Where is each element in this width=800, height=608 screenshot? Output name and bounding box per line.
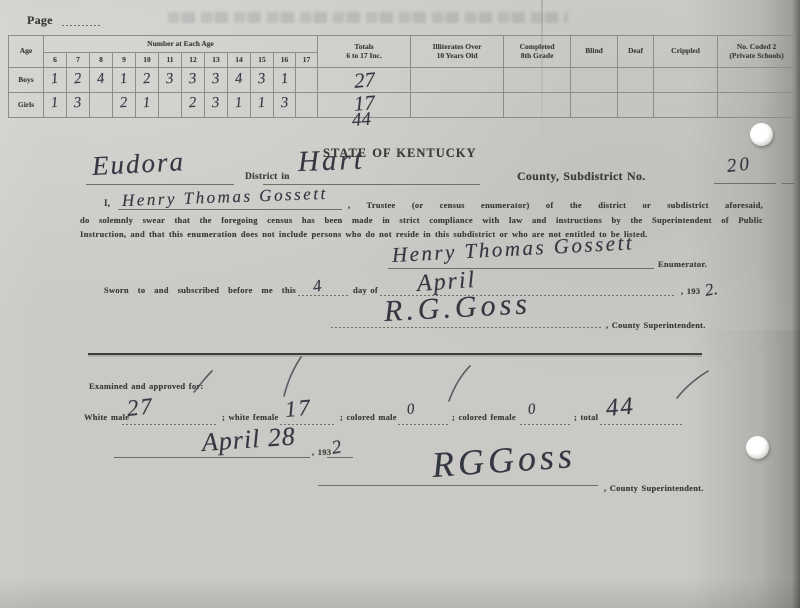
empty-cell [571, 93, 618, 118]
girls-label: Girls [9, 93, 44, 118]
oath-line2: do solemnly swear that the foregoing cen… [80, 215, 763, 225]
count-cell: 3 [182, 68, 205, 93]
sworn-day-handwritten: 4 [312, 276, 323, 297]
age-column-header: 13 [205, 53, 228, 68]
count-cell: 3 [205, 93, 228, 118]
count-cell: 4 [228, 68, 251, 93]
approval-year-printed: , 193 [312, 447, 331, 457]
blank-line [714, 183, 776, 184]
grand-total-handwritten: 44 [351, 109, 371, 132]
page-blank-line [62, 25, 100, 26]
count-cell: 3 [251, 68, 274, 93]
district-in-label: District in [245, 172, 290, 183]
superintendent-signature: R.G.Goss [383, 287, 532, 329]
count-cell: 3 [205, 68, 228, 93]
count-cell: 1 [44, 68, 67, 93]
count-cell: 4 [90, 68, 113, 93]
blank-line [398, 424, 450, 425]
handwritten-count: 2 [120, 94, 129, 112]
age-column-header: 14 [228, 53, 251, 68]
count-cell: 1 [136, 93, 159, 118]
count-cell [159, 93, 182, 118]
handwritten-count: 4 [234, 71, 243, 89]
age-column-header: 10 [136, 53, 159, 68]
age-column-header: 7 [67, 53, 90, 68]
count-cell: 2 [113, 93, 136, 118]
blank-line [327, 457, 353, 458]
count-cell [296, 93, 318, 118]
count-cell: 3 [67, 93, 90, 118]
handwritten-count: 3 [74, 94, 83, 112]
white-female-label: ; white female [222, 412, 278, 422]
enumerator-label: Enumerator. [658, 259, 707, 269]
completed-8th-header: Completed 8th Grade [504, 36, 571, 68]
count-cell: 1 [228, 93, 251, 118]
year-printed: , 193 [681, 286, 700, 296]
approval-date-handwritten: April 28 [201, 421, 297, 457]
totals-header: Totals 6 to 17 Inc. [318, 36, 411, 68]
handwritten-count: 4 [96, 71, 105, 89]
examined-approved-label: Examined and approved for: [89, 381, 203, 391]
handwritten-count: 3 [257, 71, 266, 89]
totals-header-line2: 6 to 17 Inc. [318, 52, 410, 61]
superintendent-signature-bottom: RGGoss [431, 434, 578, 486]
handwritten-total: 27 [353, 67, 376, 93]
sworn-statement-label: Sworn to and subscribed before me this [104, 285, 296, 295]
boys-row: Boys 1 2 4 1 2 3 3 3 4 3 1 27 [9, 68, 796, 93]
completed-8th-header-line2: 8th Grade [504, 52, 570, 61]
number-at-each-age-header: Number at Each Age [44, 36, 318, 53]
age-column-header: 15 [251, 53, 274, 68]
age-column-header: 6 [44, 53, 67, 68]
empty-cell [504, 93, 571, 118]
handwritten-count: 3 [211, 71, 220, 89]
colored-male-label: ; colored male [340, 412, 397, 422]
blank-line [600, 424, 684, 425]
count-cell: 2 [182, 93, 205, 118]
age-column-header: 8 [90, 53, 113, 68]
empty-cell [571, 68, 618, 93]
empty-cell [718, 93, 796, 118]
count-cell: 1 [274, 68, 296, 93]
boys-label: Boys [9, 68, 44, 93]
handwritten-count: 2 [73, 71, 82, 89]
blank-line [782, 183, 795, 184]
handwritten-count: 1 [143, 94, 152, 112]
empty-cell [654, 93, 718, 118]
scan-shading [690, 330, 800, 608]
handwritten-count: 1 [119, 71, 128, 89]
blank-line [331, 327, 603, 328]
empty-cell [654, 68, 718, 93]
census-table: Age Number at Each Age Totals 6 to 17 In… [8, 35, 796, 118]
blank-line [122, 424, 218, 425]
enumerator-name-handwritten: Henry Thomas Gossett [122, 184, 328, 211]
age-column-header: 17 [296, 53, 318, 68]
county-superintendent-label-bottom: , County Superintendent. [604, 483, 704, 493]
total-count-handwritten: 44 [605, 393, 636, 423]
handwritten-count: 1 [280, 71, 289, 89]
total-label: ; total [574, 412, 598, 422]
count-cell: 1 [113, 68, 136, 93]
age-column-header: 12 [182, 53, 205, 68]
illiterates-header: Illiterates Over 10 Years Old [411, 36, 504, 68]
section-divider-rule [88, 353, 702, 355]
oath-i-label: I, [104, 198, 110, 209]
colored-female-label: ; colored female [452, 412, 516, 422]
count-cell: 2 [136, 68, 159, 93]
colored-male-count-handwritten: 0 [406, 401, 415, 419]
handwritten-count: 3 [280, 94, 289, 112]
white-male-count-handwritten: 27 [126, 393, 156, 422]
blank-line [86, 184, 234, 185]
no-coded-header: No. Coded 2 (Private Schools) [718, 36, 796, 68]
empty-cell [411, 68, 504, 93]
blind-header: Blind [571, 36, 618, 68]
handwritten-count: 2 [189, 94, 198, 112]
age-column-header: 16 [274, 53, 296, 68]
handwritten-count: 1 [50, 71, 59, 89]
white-female-count-handwritten: 17 [284, 395, 313, 423]
empty-cell [618, 68, 654, 93]
subdistrict-number-handwritten: 20 [726, 153, 753, 177]
handwritten-count: 1 [258, 94, 267, 112]
handwritten-count: 1 [235, 94, 244, 112]
district-name-handwritten: Eudora [91, 146, 185, 182]
count-cell: 3 [274, 93, 296, 118]
empty-cell [718, 68, 796, 93]
scanned-census-form: Page Age Number at Each Age Totals 6 to … [0, 0, 800, 608]
count-cell [90, 93, 113, 118]
county-name-handwritten: Hart [297, 144, 365, 179]
county-subdistrict-label: County, Subdistrict No. [517, 169, 645, 183]
page-label: Page [27, 13, 53, 27]
blank-line [388, 268, 654, 269]
no-coded-header-line2: (Private Schools) [718, 52, 795, 61]
blank-line [318, 485, 598, 486]
handwritten-count: 2 [142, 71, 151, 89]
count-cell: 1 [44, 93, 67, 118]
colored-female-count-handwritten: 0 [527, 401, 536, 419]
handwritten-count: 3 [188, 71, 197, 89]
white-male-label: White male [84, 412, 129, 422]
empty-cell [618, 93, 654, 118]
count-cell: 1 [251, 93, 274, 118]
deaf-header: Deaf [618, 36, 654, 68]
ink-bleed-through [168, 12, 568, 23]
county-superintendent-label: , County Superintendent. [606, 320, 706, 330]
handwritten-count: 1 [51, 94, 60, 112]
count-cell [296, 68, 318, 93]
blank-line [520, 424, 570, 425]
empty-cell [504, 68, 571, 93]
age-column-header: 11 [159, 53, 182, 68]
oath-line1: , Trustee (or census enumerator) of the … [348, 200, 763, 210]
crippled-header: Crippled [654, 36, 718, 68]
blank-line [298, 295, 350, 296]
illiterates-header-line2: 10 Years Old [411, 52, 503, 61]
punch-hole-top [750, 123, 773, 146]
age-column-header: 9 [113, 53, 136, 68]
girls-row: Girls 1 3 2 1 2 3 1 1 3 17 [9, 93, 796, 118]
blank-line [118, 209, 342, 210]
count-cell: 2 [67, 68, 90, 93]
boys-total: 27 [318, 68, 411, 93]
empty-cell [411, 93, 504, 118]
punch-hole-bottom [746, 436, 769, 459]
age-header: Age [9, 36, 44, 68]
day-of-label: day of [353, 285, 378, 295]
count-cell: 3 [159, 68, 182, 93]
handwritten-count: 3 [212, 94, 221, 112]
handwritten-count: 3 [165, 71, 174, 89]
year-handwritten: 2. [703, 279, 719, 301]
